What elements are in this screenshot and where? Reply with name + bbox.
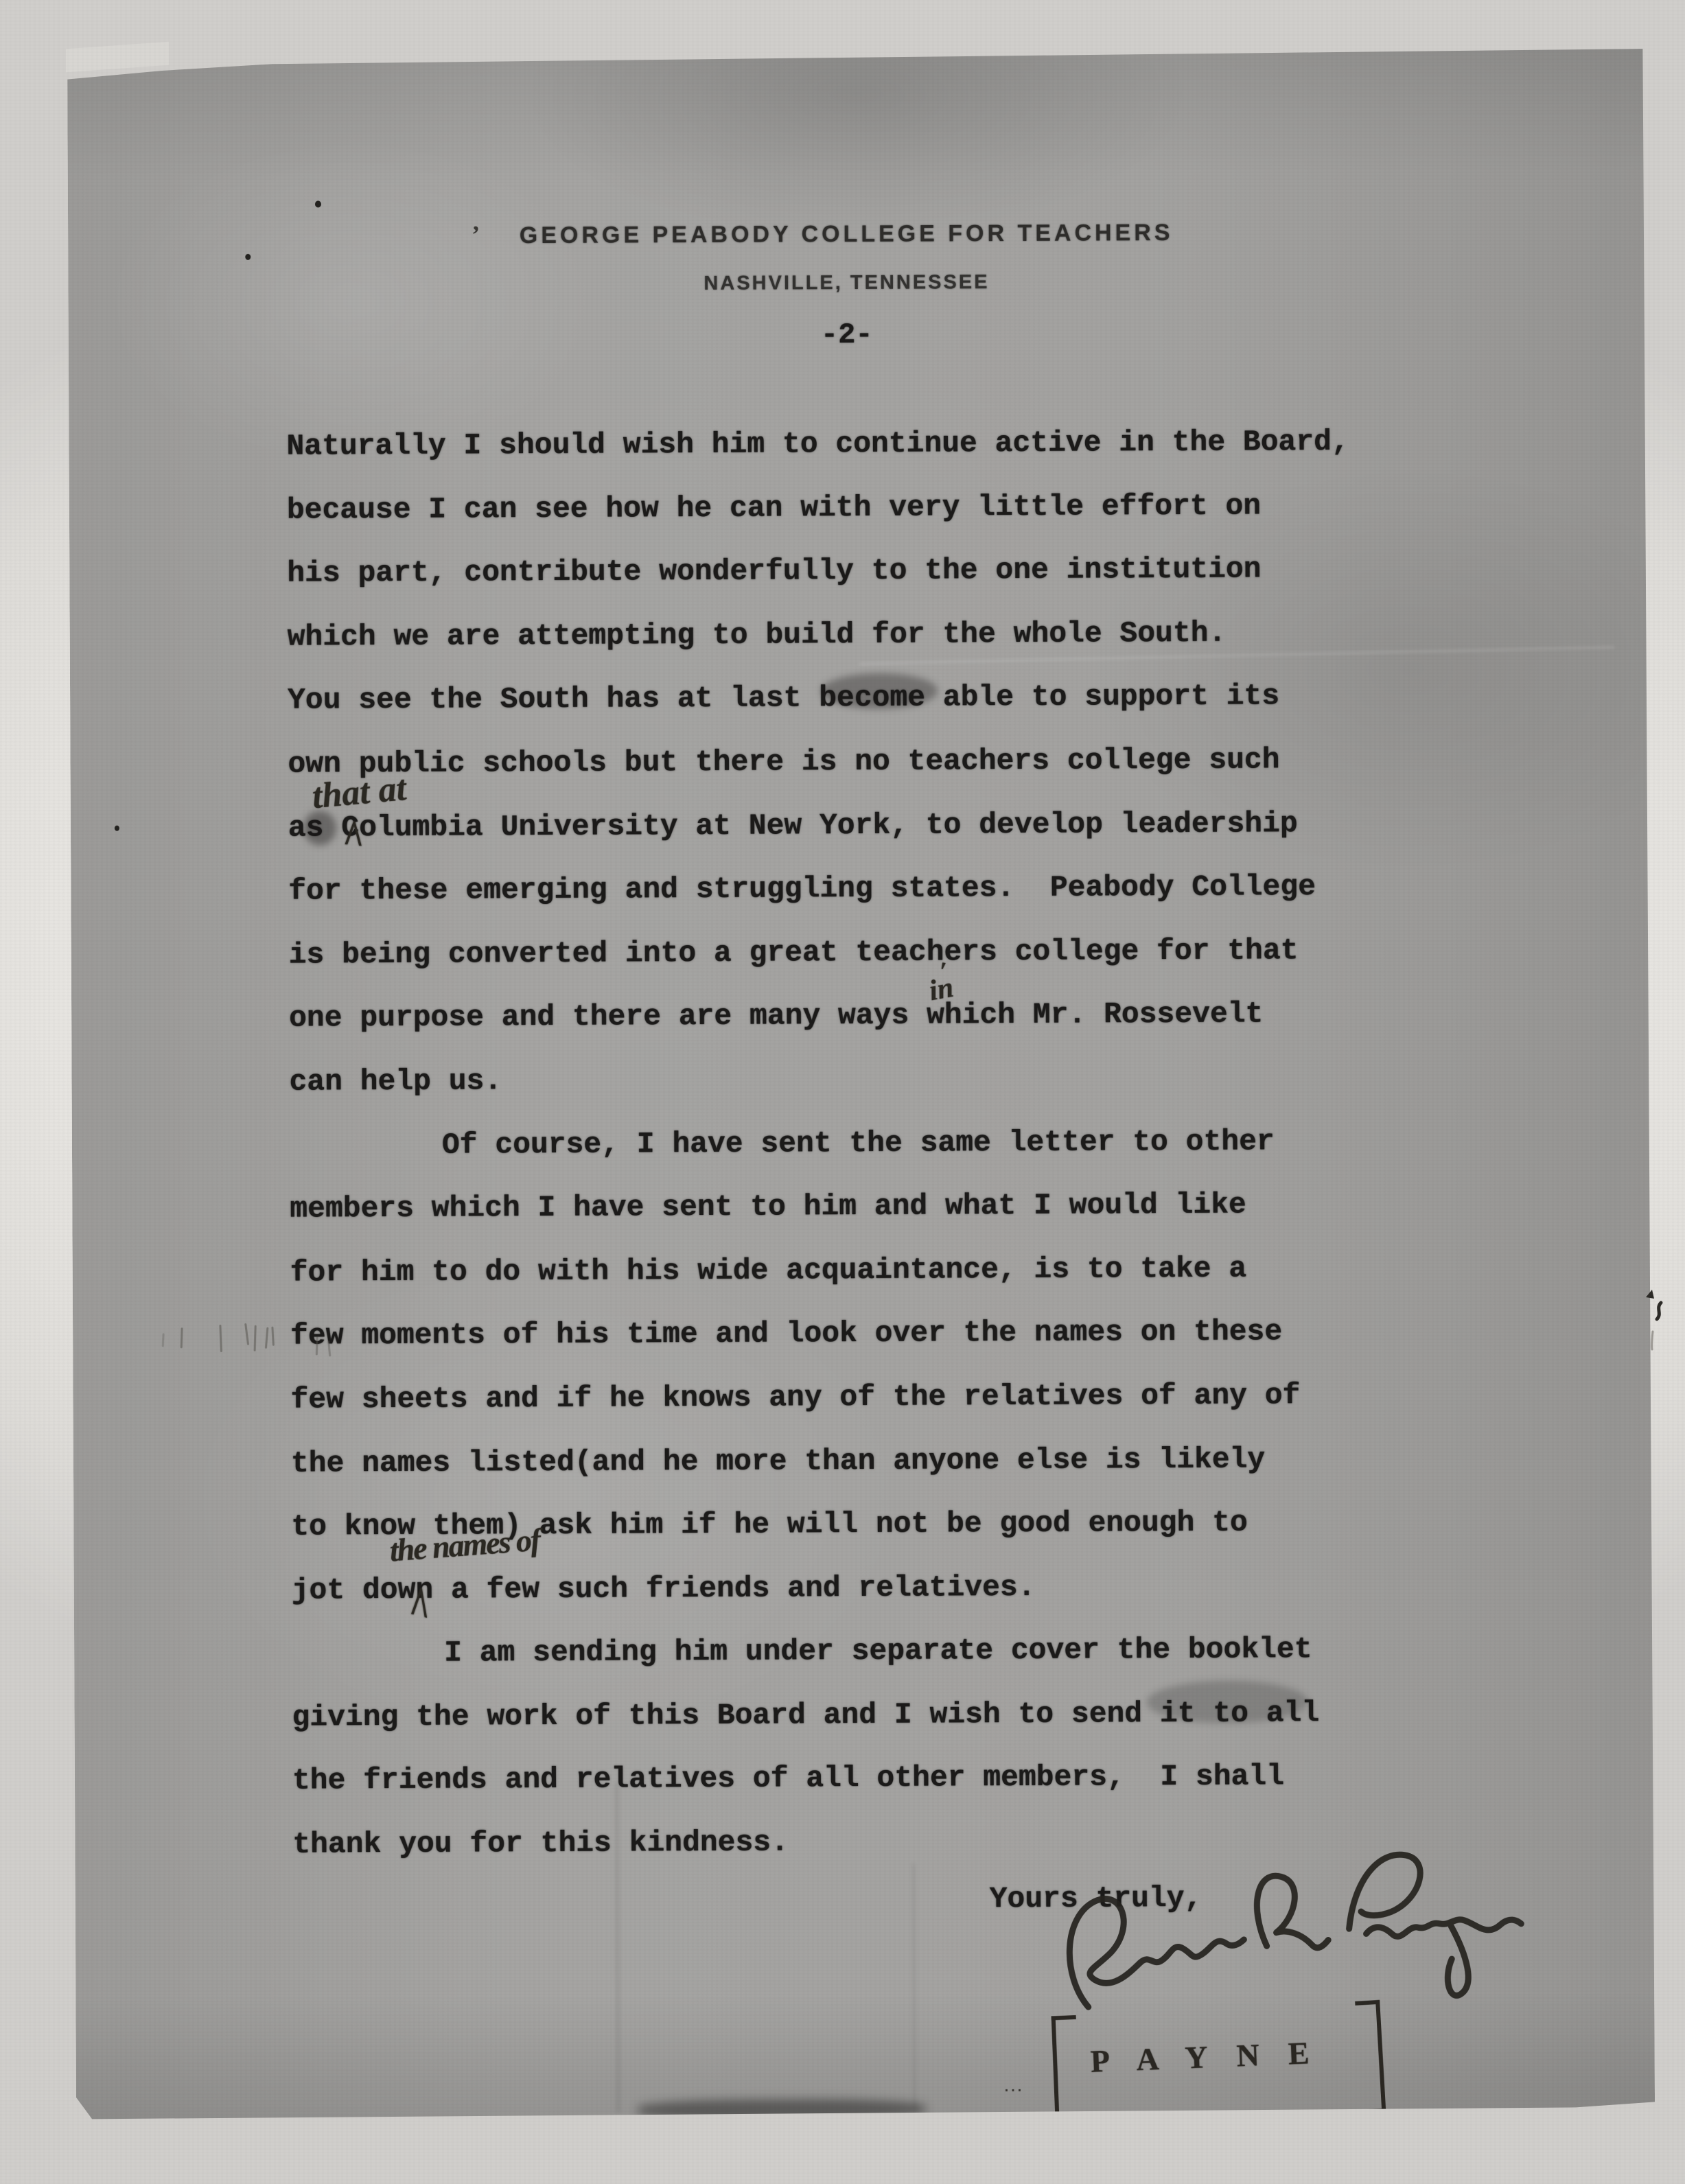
typed-line: own public schools but there is no teach… xyxy=(288,728,1351,796)
photostat-background: GEORGE PEABODY COLLEGE FOR TEACHERS ’ NA… xyxy=(0,0,1685,2184)
overstrike-smudge xyxy=(303,811,336,845)
ink-speck xyxy=(315,200,321,207)
page-corner-fold xyxy=(66,42,169,72)
typed-line: is being converted into a great teachers… xyxy=(289,919,1352,987)
typed-line: members which I have sent to him and wha… xyxy=(290,1173,1353,1241)
typed-line: I am sending him under separate cover th… xyxy=(292,1618,1355,1686)
ink-mark-icon xyxy=(1643,1288,1671,1356)
typed-line: can help us. xyxy=(289,1046,1352,1114)
ink-speck xyxy=(115,826,119,831)
typed-line: as Columbia University at New York, to d… xyxy=(288,791,1351,859)
typed-line: few sheets and if he knows any of the re… xyxy=(290,1364,1353,1432)
letter-page: GEORGE PEABODY COLLEGE FOR TEACHERS ’ NA… xyxy=(67,49,1655,2120)
typed-line: one purpose and there are many ways whic… xyxy=(289,982,1352,1050)
stray-tick-mark: ’ xyxy=(472,220,480,248)
typed-line: Of course, I have sent the same letter t… xyxy=(290,1109,1353,1177)
margin-tally-marks xyxy=(67,49,1646,56)
letterhead-location: NASHVILLE, TENNESSEE xyxy=(57,268,1636,298)
typed-line: the names listed(and he more than anyone… xyxy=(291,1427,1354,1495)
typed-line: the friends and relatives of all other m… xyxy=(292,1745,1356,1813)
insertion-caret-icon: ^ xyxy=(342,807,365,868)
page-number: -2- xyxy=(58,315,1636,355)
typed-line: few moments of his time and look over th… xyxy=(290,1300,1353,1368)
typed-line: for these emerging and struggling states… xyxy=(288,855,1351,923)
paper-crease xyxy=(913,1864,916,2111)
ink-speck xyxy=(245,254,251,260)
letter-body: Naturally I should wish him to continue … xyxy=(286,410,1356,1877)
signature xyxy=(1041,1833,1529,2061)
left-bracket-mark xyxy=(1051,2015,1080,2128)
typed-line: for him to do with his wide acquaintance… xyxy=(290,1237,1353,1305)
margin-ink-marks xyxy=(1643,1288,1671,1360)
signature-ink xyxy=(1041,1833,1529,2061)
edge-smudge xyxy=(638,2099,926,2121)
typed-line: his part, contribute wonderfully to the … xyxy=(287,537,1350,605)
typed-line: which we are attempting to build for the… xyxy=(288,601,1351,669)
stray-dots-mark: … xyxy=(1003,2073,1025,2097)
typed-line: You see the South has at last become abl… xyxy=(288,664,1351,732)
typed-line: Naturally I should wish him to continue … xyxy=(286,410,1349,478)
typed-line: because I can see how he can with very l… xyxy=(287,474,1350,542)
letterhead-institution: GEORGE PEABODY COLLEGE FOR TEACHERS xyxy=(57,218,1636,251)
typed-line: jot down a few such friends and relative… xyxy=(292,1555,1355,1623)
